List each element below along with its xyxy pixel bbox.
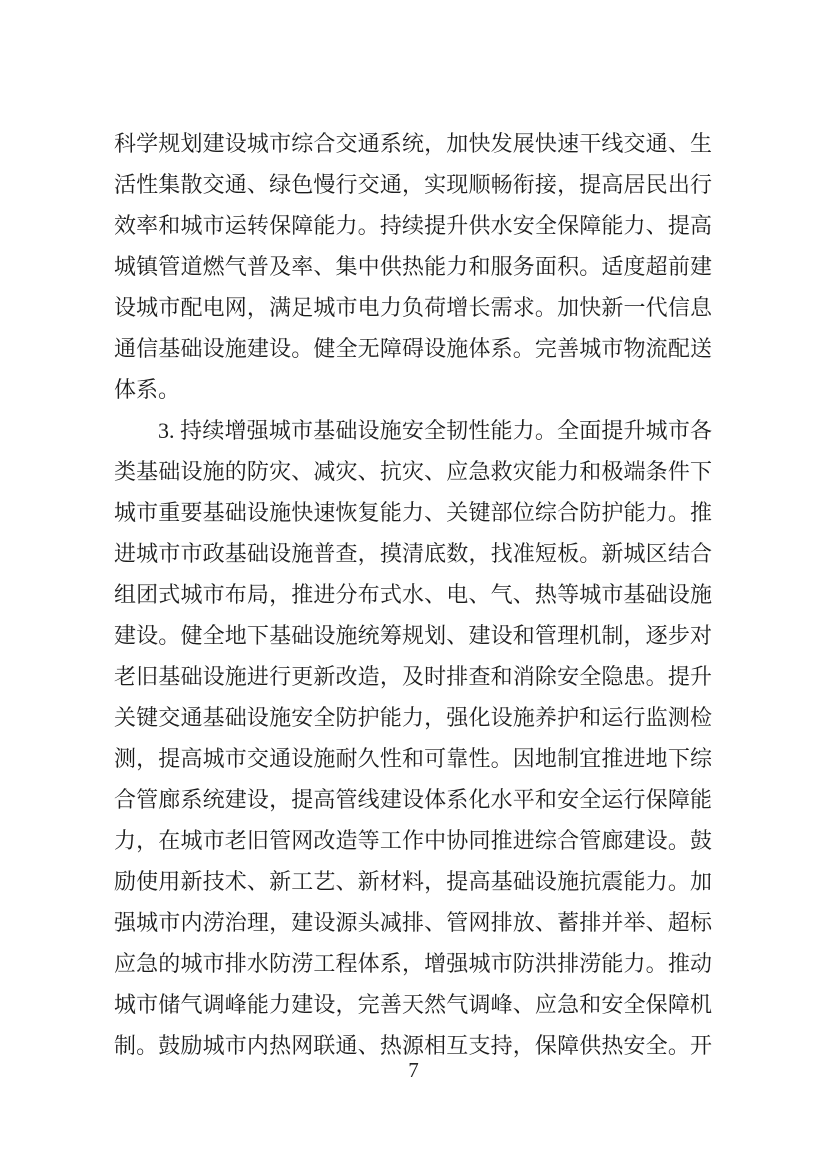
text-line: 力，在城市老旧管网改造等工作中协同推进综合管廊建设。鼓 [114, 820, 712, 861]
text-line: 关键交通基础设施安全防护能力，强化设施养护和运行监测检 [114, 697, 712, 738]
text-line: 城市重要基础设施快速恢复能力、关键部位综合防护能力。推 [114, 492, 712, 533]
text-line: 城镇管道燃气普及率、集中供热能力和服务面积。适度超前建 [114, 246, 712, 287]
text-line: 体系。 [114, 369, 712, 410]
page-number: 7 [0, 1058, 827, 1082]
text-line: 建设。健全地下基础设施统筹规划、建设和管理机制，逐步对 [114, 615, 712, 656]
text-line: 通信基础设施建设。健全无障碍设施体系。完善城市物流配送 [114, 328, 712, 369]
text-line: 合管廊系统建设，提高管线建设体系化水平和安全运行保障能 [114, 779, 712, 820]
text-line: 应急的城市排水防涝工程体系，增强城市防洪排涝能力。推动 [114, 943, 712, 984]
text-line: 测，提高城市交通设施耐久性和可靠性。因地制宜推进地下综 [114, 738, 712, 779]
document-page: 科学规划建设城市综合交通系统，加快发展快速干线交通、生活性集散交通、绿色慢行交通… [0, 0, 827, 1170]
text-line: 老旧基础设施进行更新改造，及时排查和消除安全隐患。提升 [114, 656, 712, 697]
text-line: 组团式城市布局，推进分布式水、电、气、热等城市基础设施 [114, 574, 712, 615]
document-body: 科学规划建设城市综合交通系统，加快发展快速干线交通、生活性集散交通、绿色慢行交通… [114, 123, 712, 1066]
text-line: 城市储气调峰能力建设，完善天然气调峰、应急和安全保障机 [114, 984, 712, 1025]
text-line: 活性集散交通、绿色慢行交通，实现顺畅衔接，提高居民出行 [114, 164, 712, 205]
text-line: 励使用新技术、新工艺、新材料，提高基础设施抗震能力。加 [114, 861, 712, 902]
text-line: 科学规划建设城市综合交通系统，加快发展快速干线交通、生 [114, 123, 712, 164]
text-line: 进城市市政基础设施普查，摸清底数，找准短板。新城区结合 [114, 533, 712, 574]
text-line: 类基础设施的防灾、减灾、抗灾、应急救灾能力和极端条件下 [114, 451, 712, 492]
text-line: 强城市内涝治理，建设源头减排、管网排放、蓄排并举、超标 [114, 902, 712, 943]
text-line: 3. 持续增强城市基础设施安全韧性能力。全面提升城市各 [114, 410, 712, 451]
text-line: 设城市配电网，满足城市电力负荷增长需求。加快新一代信息 [114, 287, 712, 328]
text-line: 效率和城市运转保障能力。持续提升供水安全保障能力、提高 [114, 205, 712, 246]
